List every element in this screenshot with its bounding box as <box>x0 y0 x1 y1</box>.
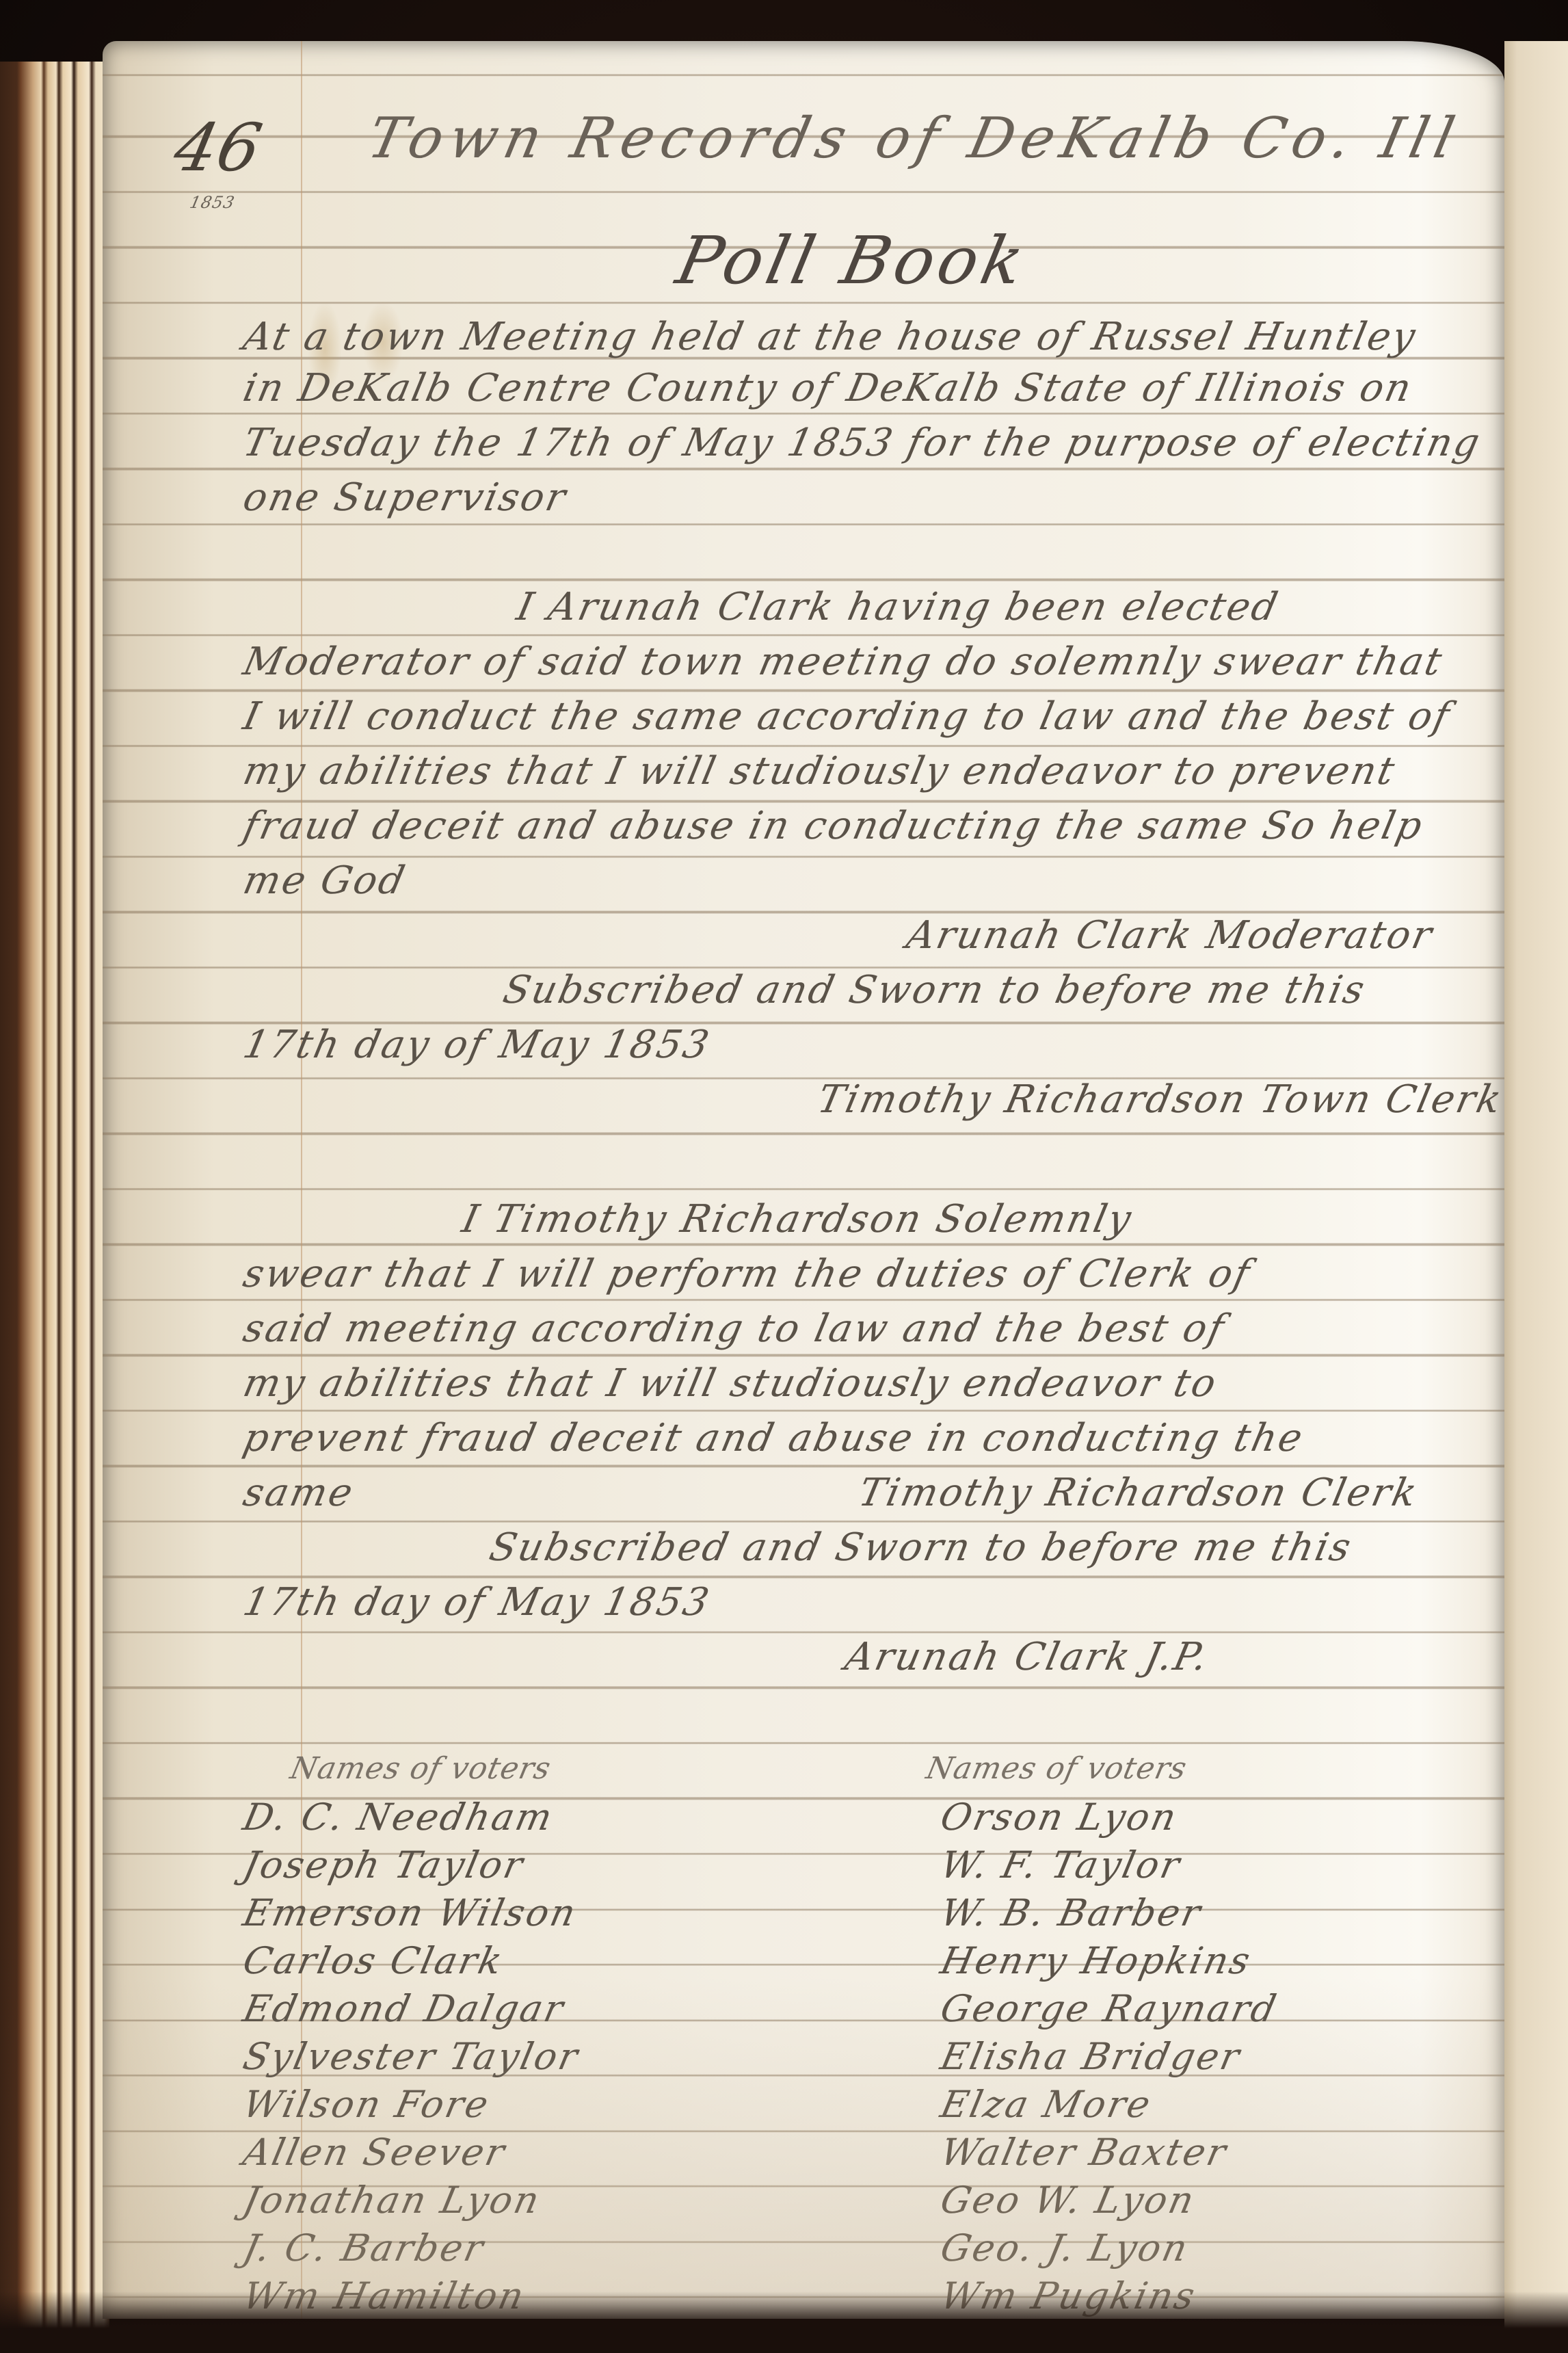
voter-name: Edmond Dalgar <box>239 1987 569 2030</box>
clerk-oath-line: my abilities that I will studiously ende… <box>239 1361 1222 1406</box>
voter-name: Geo. J. Lyon <box>937 2226 1193 2270</box>
voter-name: J. C. Barber <box>239 2226 489 2270</box>
voter-name: Sylvester Taylor <box>239 2035 583 2078</box>
clerk-signature-2: Timothy Richardson Clerk <box>855 1471 1422 1515</box>
clerk-oath-line: said meeting according to law and the be… <box>239 1306 1230 1351</box>
clerk-oath-line: swear that I will perform the duties of … <box>239 1252 1255 1296</box>
page-header: Town Records of DeKalb Co. Ill <box>362 106 1467 171</box>
clerk-jurat-line: 17th day of May 1853 <box>239 1580 715 1625</box>
voter-name: George Raynard <box>937 1987 1281 2030</box>
moderator-signature: Arunah Clark Moderator <box>903 913 1437 958</box>
voter-name: Elza More <box>937 2083 1156 2126</box>
preamble-line: At a town Meeting held at the house of R… <box>239 315 1421 359</box>
book-bottom-shadow <box>0 2291 1568 2353</box>
preamble-line: Tuesday the 17th of May 1853 for the pur… <box>239 421 1485 465</box>
clerk-oath-line: prevent fraud deceit and abuse in conduc… <box>239 1416 1308 1460</box>
moderator-jurat-line: 17th day of May 1853 <box>239 1023 715 1067</box>
voter-name: Orson Lyon <box>937 1796 1182 1839</box>
voter-name: Emerson Wilson <box>239 1891 581 1934</box>
moderator-oath-line: Moderator of said town meeting do solemn… <box>239 640 1448 684</box>
moderator-oath-line: me God <box>239 858 410 903</box>
voter-name: Allen Seever <box>239 2131 510 2174</box>
voter-name: Walter Baxter <box>937 2131 1232 2174</box>
moderator-oath-line: fraud deceit and abuse in conducting the… <box>239 804 1428 848</box>
voter-name: Carlos Clark <box>239 1939 508 1982</box>
clerk-oath-line: same <box>239 1471 358 1515</box>
moderator-oath-line: I Arunah Clark having been elected <box>513 585 1284 629</box>
voter-name: Wilson Fore <box>239 2083 494 2126</box>
preamble-line: in DeKalb Centre County of DeKalb State … <box>239 366 1417 410</box>
clerk-signature: Timothy Richardson Town Clerk <box>814 1077 1504 1122</box>
book-page-edges <box>0 62 109 2339</box>
clerk-oath-line: I Timothy Richardson Solemnly <box>458 1197 1137 1241</box>
voter-name: Joseph Taylor <box>239 1843 529 1887</box>
voters-right-header: Names of voters <box>923 1751 1190 1786</box>
moderator-jurat-line: Subscribed and Sworn to before me this <box>499 968 1370 1012</box>
voter-name: Jonathan Lyon <box>239 2179 545 2222</box>
voter-name: Geo W. Lyon <box>937 2179 1199 2222</box>
voter-name: W. B. Barber <box>937 1891 1206 1934</box>
ledger-page: 46 1853 Town Records of DeKalb Co. Ill P… <box>103 41 1504 2319</box>
section-title: Poll Book <box>670 222 1035 299</box>
moderator-oath-line: my abilities that I will studiously ende… <box>239 749 1400 793</box>
page-year-note: 1853 <box>188 193 237 212</box>
adjacent-page-edge <box>1504 41 1568 2353</box>
voter-name: Henry Hopkins <box>937 1939 1255 1982</box>
voter-name: D. C. Needham <box>239 1796 558 1839</box>
page-number: 46 <box>168 109 269 186</box>
preamble-line: one Supervisor <box>239 475 572 520</box>
justice-signature: Arunah Clark J.P. <box>841 1635 1213 1679</box>
clerk-jurat-line: Subscribed and Sworn to before me this <box>486 1525 1357 1570</box>
moderator-oath-line: I will conduct the same according to law… <box>239 694 1455 739</box>
voter-name: Elisha Bridger <box>937 2035 1245 2078</box>
voters-left-header: Names of voters <box>287 1751 554 1786</box>
voter-name: W. F. Taylor <box>937 1843 1185 1887</box>
